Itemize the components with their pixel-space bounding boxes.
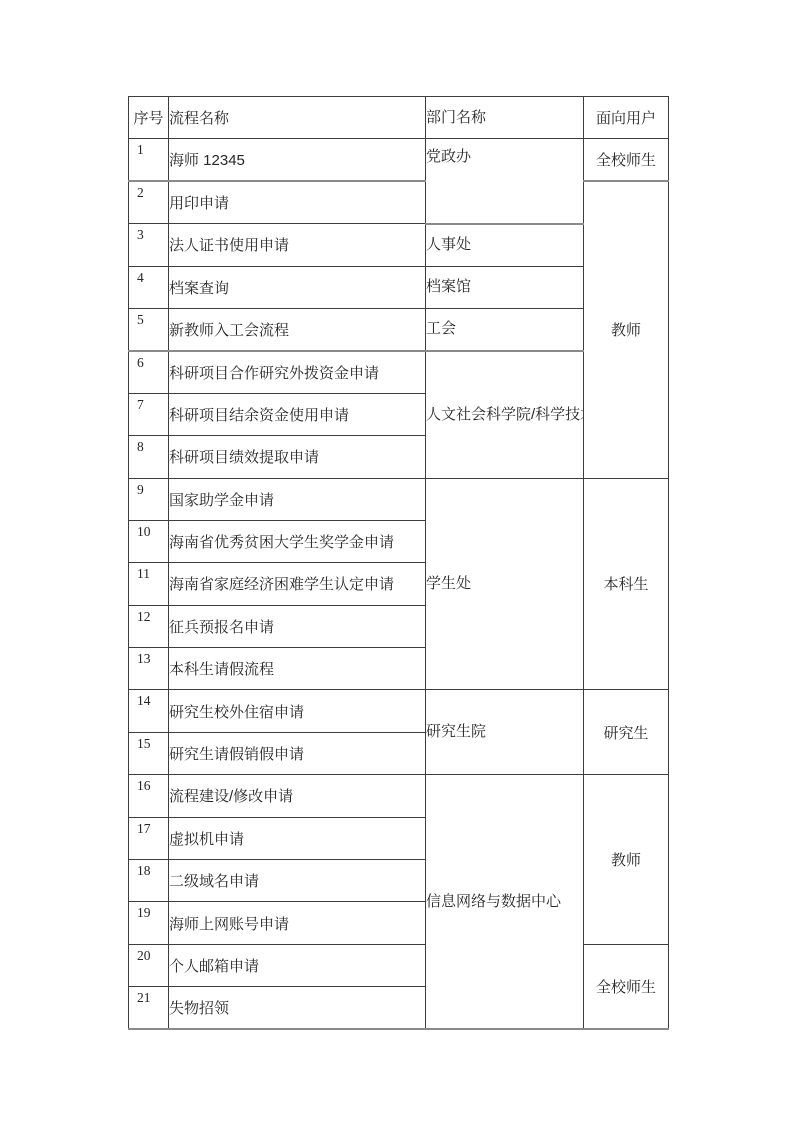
users-cell: 全校师生 [584,944,669,1029]
process-cell: 本科生请假流程 [169,648,426,690]
dept-cell: 信息网络与数据中心 [426,775,584,1029]
process-cell: 征兵预报名申请 [169,605,426,647]
table-row: 16 流程建设/修改申请 信息网络与数据中心 教师 [129,775,669,817]
seq-cell: 20 [129,944,169,986]
process-cell: 档案查询 [169,266,426,308]
seq-cell: 7 [129,393,169,435]
seq-cell: 9 [129,478,169,520]
seq-cell: 3 [129,224,169,266]
process-cell: 流程建设/修改申请 [169,775,426,817]
seq-cell: 12 [129,605,169,647]
process-cell: 科研项目绩效提取申请 [169,436,426,478]
process-department-table: 序号 流程名称 部门名称 面向用户 1 海师 12345 党政办 全校师生 2 … [128,96,669,1030]
seq-cell: 15 [129,732,169,774]
dept-cell: 人文社会科学院/科学技术院 [426,351,584,478]
dept-cell: 工会 [426,308,584,350]
dept-cell: 研究生院 [426,690,584,775]
table-row: 14 研究生校外住宿申请 研究生院 研究生 [129,690,669,732]
table-row: 9 国家助学金申请 学生处 本科生 [129,478,669,520]
users-cell: 本科生 [584,478,669,690]
header-users: 面向用户 [584,97,669,139]
process-cell: 研究生请假销假申请 [169,732,426,774]
process-cell: 二级域名申请 [169,860,426,902]
seq-cell: 14 [129,690,169,732]
seq-cell: 21 [129,987,169,1029]
users-cell: 研究生 [584,690,669,775]
seq-cell: 19 [129,902,169,944]
document-page: { "colors": { "grid_line": "#3d3d3d", "s… [0,0,794,1123]
header-row: 序号 流程名称 部门名称 面向用户 [129,97,669,139]
table-row: 20 个人邮箱申请 全校师生 [129,944,669,986]
dept-cell: 人事处 [426,224,584,266]
dept-cell: 学生处 [426,478,584,690]
seq-cell: 16 [129,775,169,817]
header-seq: 序号 [129,97,169,139]
seq-cell: 4 [129,266,169,308]
process-cell: 新教师入工会流程 [169,308,426,350]
process-cell: 科研项目结余资金使用申请 [169,393,426,435]
process-cell: 个人邮箱申请 [169,944,426,986]
seq-cell: 5 [129,308,169,350]
process-cell: 研究生校外住宿申请 [169,690,426,732]
header-process: 流程名称 [169,97,426,139]
process-cell: 科研项目合作研究外拨资金申请 [169,351,426,393]
process-cell: 海南省优秀贫困大学生奖学金申请 [169,520,426,562]
users-cell: 教师 [584,775,669,945]
seq-cell: 11 [129,563,169,605]
dept-cell: 档案馆 [426,266,584,308]
process-cell: 海南省家庭经济困难学生认定申请 [169,563,426,605]
seq-cell: 13 [129,648,169,690]
process-cell: 海师 12345 [169,139,426,181]
seq-cell: 8 [129,436,169,478]
dept-cell: 党政办 [426,139,584,224]
header-dept: 部门名称 [426,97,584,139]
process-cell: 失物招领 [169,987,426,1029]
seq-cell: 1 [129,139,169,181]
table-row: 2 用印申请 教师 [129,181,669,223]
table-row: 1 海师 12345 党政办 全校师生 [129,139,669,181]
seq-cell: 17 [129,817,169,859]
seq-cell: 10 [129,520,169,562]
seq-cell: 18 [129,860,169,902]
process-cell: 海师上网账号申请 [169,902,426,944]
process-cell: 法人证书使用申请 [169,224,426,266]
seq-cell: 2 [129,181,169,223]
process-cell: 国家助学金申请 [169,478,426,520]
seq-cell: 6 [129,351,169,393]
users-cell: 全校师生 [584,139,669,181]
users-cell: 教师 [584,181,669,478]
process-cell: 用印申请 [169,181,426,223]
process-cell: 虚拟机申请 [169,817,426,859]
